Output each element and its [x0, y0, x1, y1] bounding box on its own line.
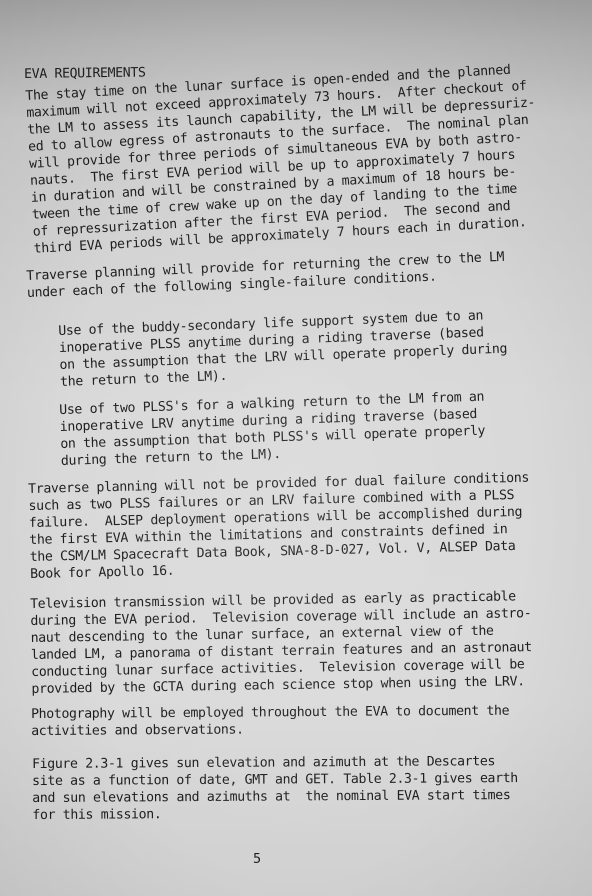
paragraph-photography: Photography will be employed throughout …: [31, 703, 509, 740]
failure-condition-buddy-secondary: Use of the buddy-secondary life support …: [58, 307, 508, 391]
failure-condition-walking-return: Use of two PLSS's for a walking return t…: [59, 389, 486, 470]
paragraph-stay-time: The stay time on the lunar surface is op…: [25, 61, 542, 258]
section-heading: EVA REQUIREMENTS: [24, 65, 146, 83]
paragraph-sun-elevation: Figure 2.3-1 gives sun elevation and azi…: [32, 753, 518, 824]
paragraph-television: Television transmission will be provided…: [30, 588, 532, 698]
paragraph-dual-failure: Traverse planning will not be provided f…: [28, 470, 531, 583]
paragraph-traverse-intro: Traverse planning will provide for retur…: [26, 249, 505, 302]
document-page: EVA REQUIREMENTS The stay time on the lu…: [0, 0, 592, 896]
page-number: 5: [253, 851, 261, 868]
